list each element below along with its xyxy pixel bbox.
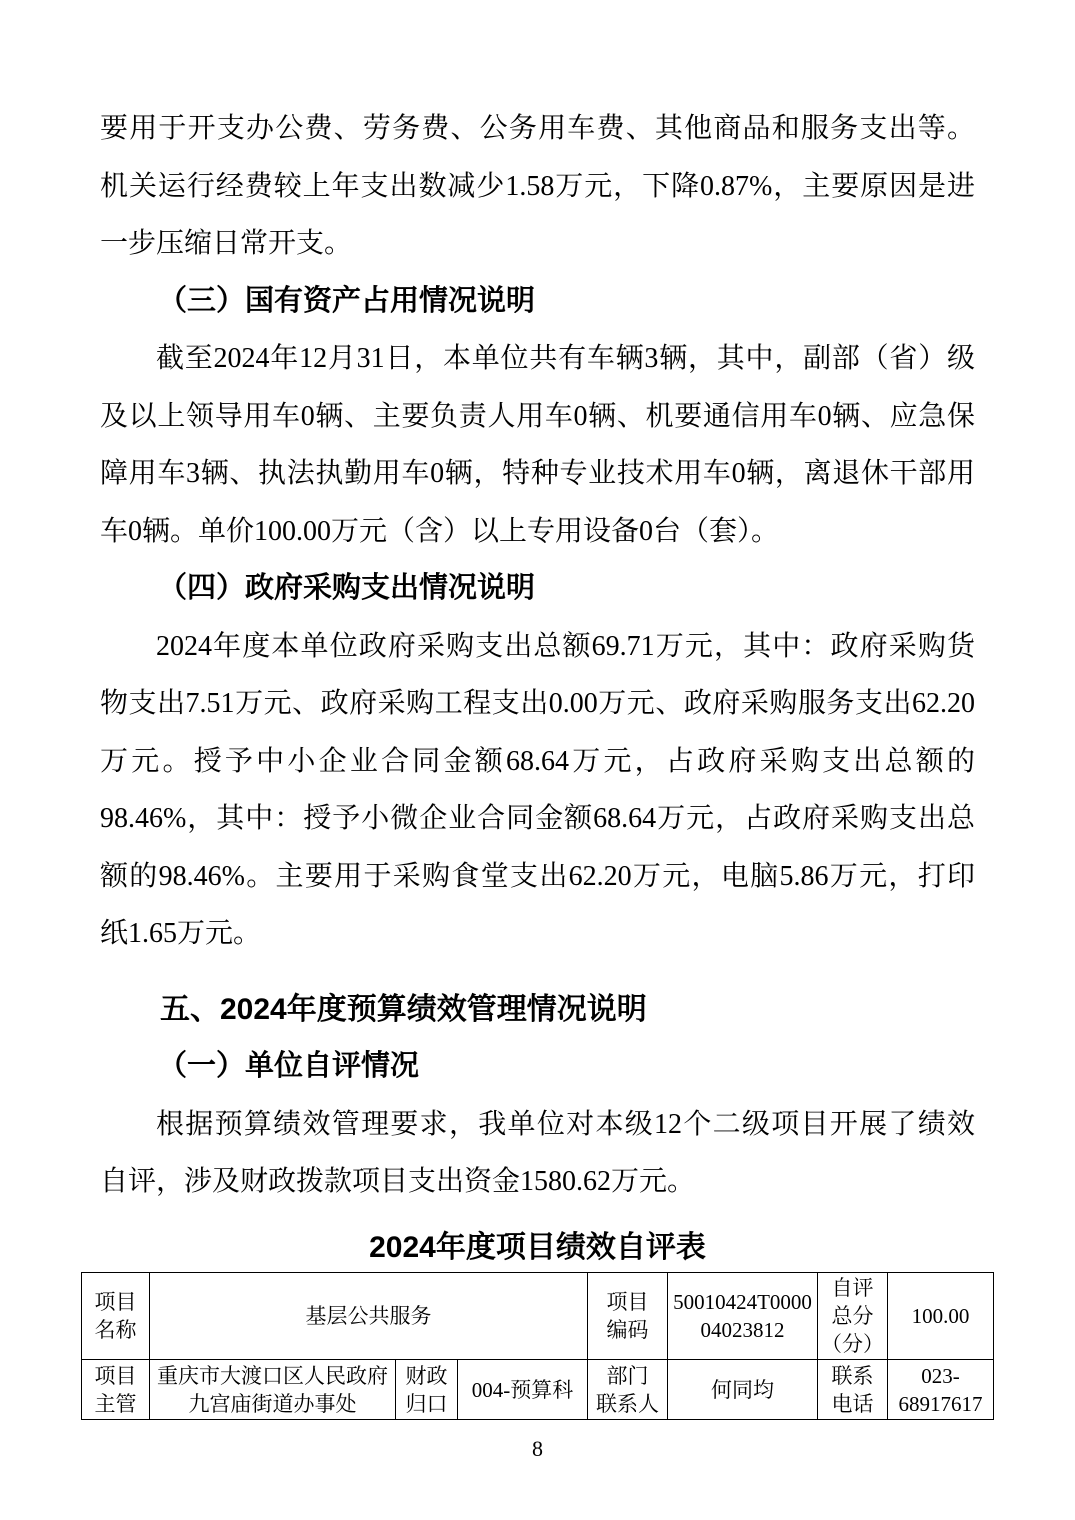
section-heading-state-assets: （三）国有资产占用情况说明 — [100, 273, 975, 331]
document-body: 要用于开支办公费、劳务费、公务用车费、其他商品和服务支出等。 机关运行经费较上年… — [100, 100, 975, 1276]
body-line: 障用车3辆、执法执勤用车0辆，特种专业技术用车0辆，离退休干部用 — [100, 445, 975, 503]
document-page: { "page_number": "8", "content_lines": [… — [0, 0, 1075, 1520]
section-heading-self-evaluation: （一）单位自评情况 — [100, 1038, 975, 1096]
cell-self-score-value: 100.00 — [888, 1273, 994, 1360]
body-line: 及以上领导用车0辆、主要负责人用车0辆、机要通信用车0辆、应急保 — [100, 388, 975, 446]
table-title: 2024年度项目绩效自评表 — [100, 1219, 975, 1277]
table-row: 项目 主管 重庆市大渡口区人民政府 九宫庙街道办事处 财政 归口 004-预算科… — [82, 1360, 994, 1420]
body-line: 一步压缩日常开支。 — [100, 215, 975, 273]
cell-supervisor-value: 重庆市大渡口区人民政府 九宫庙街道办事处 — [150, 1360, 396, 1420]
body-line: 机关运行经费较上年支出数减少1.58万元，下降0.87%，主要原因是进 — [100, 158, 975, 216]
cell-project-code-value: 50010424T0000 04023812 — [668, 1273, 818, 1360]
cell-finance-dept-label: 财政 归口 — [396, 1360, 458, 1420]
cell-project-code-label: 项目 编码 — [588, 1273, 668, 1360]
body-line: 根据预算绩效管理要求，我单位对本级12个二级项目开展了绩效 — [100, 1096, 975, 1154]
chapter-heading-performance: 五、2024年度预算绩效管理情况说明 — [100, 981, 975, 1039]
section-heading-gov-procurement: （四）政府采购支出情况说明 — [100, 560, 975, 618]
cell-phone-label: 联系 电话 — [818, 1360, 888, 1420]
page-number: 8 — [0, 1436, 1075, 1462]
body-line: 2024年度本单位政府采购支出总额69.71万元，其中：政府采购货 — [100, 618, 975, 676]
table-row: 项目 名称 基层公共服务 项目 编码 50010424T0000 0402381… — [82, 1273, 994, 1360]
cell-project-name-value: 基层公共服务 — [150, 1273, 588, 1360]
body-line: 要用于开支办公费、劳务费、公务用车费、其他商品和服务支出等。 — [100, 100, 975, 158]
body-line: 截至2024年12月31日，本单位共有车辆3辆，其中，副部（省）级 — [100, 330, 975, 388]
cell-supervisor-label: 项目 主管 — [82, 1360, 150, 1420]
body-line: 自评，涉及财政拨款项目支出资金1580.62万元。 — [100, 1153, 975, 1211]
body-line: 额的98.46%。主要用于采购食堂支出62.20万元，电脑5.86万元，打印 — [100, 848, 975, 906]
self-evaluation-table: 项目 名称 基层公共服务 项目 编码 50010424T0000 0402381… — [81, 1272, 994, 1420]
cell-finance-dept-value: 004-预算科 — [458, 1360, 588, 1420]
cell-project-name-label: 项目 名称 — [82, 1273, 150, 1360]
body-line: 车0辆。单价100.00万元（含）以上专用设备0台（套）。 — [100, 503, 975, 561]
body-line: 物支出7.51万元、政府采购工程支出0.00万元、政府采购服务支出62.20 — [100, 675, 975, 733]
body-line: 98.46%，其中：授予小微企业合同金额68.64万元，占政府采购支出总 — [100, 790, 975, 848]
cell-contact-person-value: 何同均 — [668, 1360, 818, 1420]
cell-phone-value: 023- 68917617 — [888, 1360, 994, 1420]
body-line: 万元。授予中小企业合同金额68.64万元，占政府采购支出总额的 — [100, 733, 975, 791]
body-line: 纸1.65万元。 — [100, 905, 975, 963]
cell-contact-person-label: 部门 联系人 — [588, 1360, 668, 1420]
cell-self-score-label: 自评 总分 （分） — [818, 1273, 888, 1360]
